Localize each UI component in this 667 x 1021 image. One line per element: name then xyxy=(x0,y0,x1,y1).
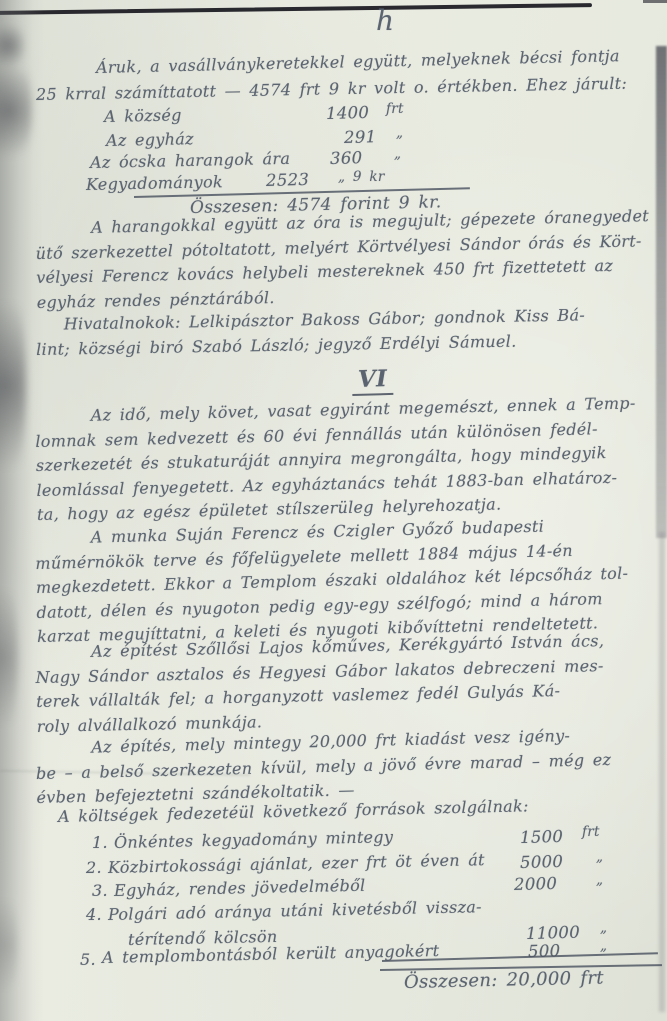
scanned-document-page: h Áruk, a vasállványkeretekkel együtt, m… xyxy=(0,0,667,1021)
source-amount: 2000 xyxy=(514,874,558,894)
contribution-unit: „ xyxy=(396,125,403,141)
source-number: 3. xyxy=(92,881,108,900)
section-heading: VI xyxy=(352,365,394,396)
source-number: 5. xyxy=(80,950,96,969)
source-amount: 5000 xyxy=(520,852,564,872)
source-amount: 500 xyxy=(528,941,561,961)
source-label: Közbirtokossági ajánlat, ezer frt öt éve… xyxy=(108,850,485,877)
contribution-amount: 291 xyxy=(344,127,377,147)
source-amount: 1500 xyxy=(520,827,564,847)
source-unit: „ xyxy=(600,920,607,936)
paragraph-contractors: Az építést Szőllősi Lajos kőműves, Kerék… xyxy=(35,630,652,741)
contribution-amount: 2523 xyxy=(266,170,310,190)
paragraph-cost: Az építés, mely mintegy 20,000 frt kiadá… xyxy=(35,724,652,813)
source-label: Egyház, rendes jövedelméből xyxy=(114,876,366,900)
contribution-amount: 1400 xyxy=(326,103,370,123)
source-unit: „ xyxy=(600,938,607,954)
corner-mark: h xyxy=(376,4,394,37)
paragraph-officials: Hivatalnokok: Lelkipásztor Bakoss Gábor;… xyxy=(36,304,652,364)
source-label: Önkéntes kegyadomány mintegy xyxy=(114,827,394,852)
source-number: 4. xyxy=(86,905,102,924)
source-unit: „ xyxy=(596,849,603,865)
source-unit: „ xyxy=(596,872,603,888)
contribution-label: Kegyadományok xyxy=(86,172,223,194)
source-label: Polgári adó aránya utáni kivetésből viss… xyxy=(108,897,482,924)
source-number: 1. xyxy=(92,833,108,852)
source-unit: frt xyxy=(582,824,600,840)
contribution-unit: frt xyxy=(386,101,404,117)
intro-line-1: Áruk, a vasállványkeretekkel együtt, mel… xyxy=(96,46,620,77)
contribution-amount: 360 xyxy=(330,148,363,168)
paragraph-works-start: A munka Suján Ferencz és Czigler Győző b… xyxy=(35,514,653,651)
paragraph-decay: Az idő, mely követ, vasat egyiránt megem… xyxy=(35,393,653,529)
scan-edge-top-line xyxy=(0,3,592,15)
contribution-unit: „ 9 kr xyxy=(338,169,385,185)
scan-right-edge-strip-lower xyxy=(659,532,665,1012)
scan-edge-top-right-line xyxy=(643,0,667,3)
contribution-label: A község xyxy=(104,105,182,126)
scan-right-edge-strip xyxy=(656,46,667,538)
intro-line-2: 25 krral számíttatott — 4574 frt 9 kr vo… xyxy=(36,74,627,104)
paragraph-clock: A harangokkal együtt az óra is megujult;… xyxy=(35,206,652,317)
grand-total: Összesen: 20,000 frt xyxy=(404,967,604,993)
contribution-label: Az egyház xyxy=(106,129,194,150)
contribution-unit: „ xyxy=(394,146,401,162)
source-number: 2. xyxy=(86,858,102,877)
contribution-label: Az ócska harangok ára xyxy=(90,149,291,172)
source-amount: 11000 xyxy=(526,923,580,943)
